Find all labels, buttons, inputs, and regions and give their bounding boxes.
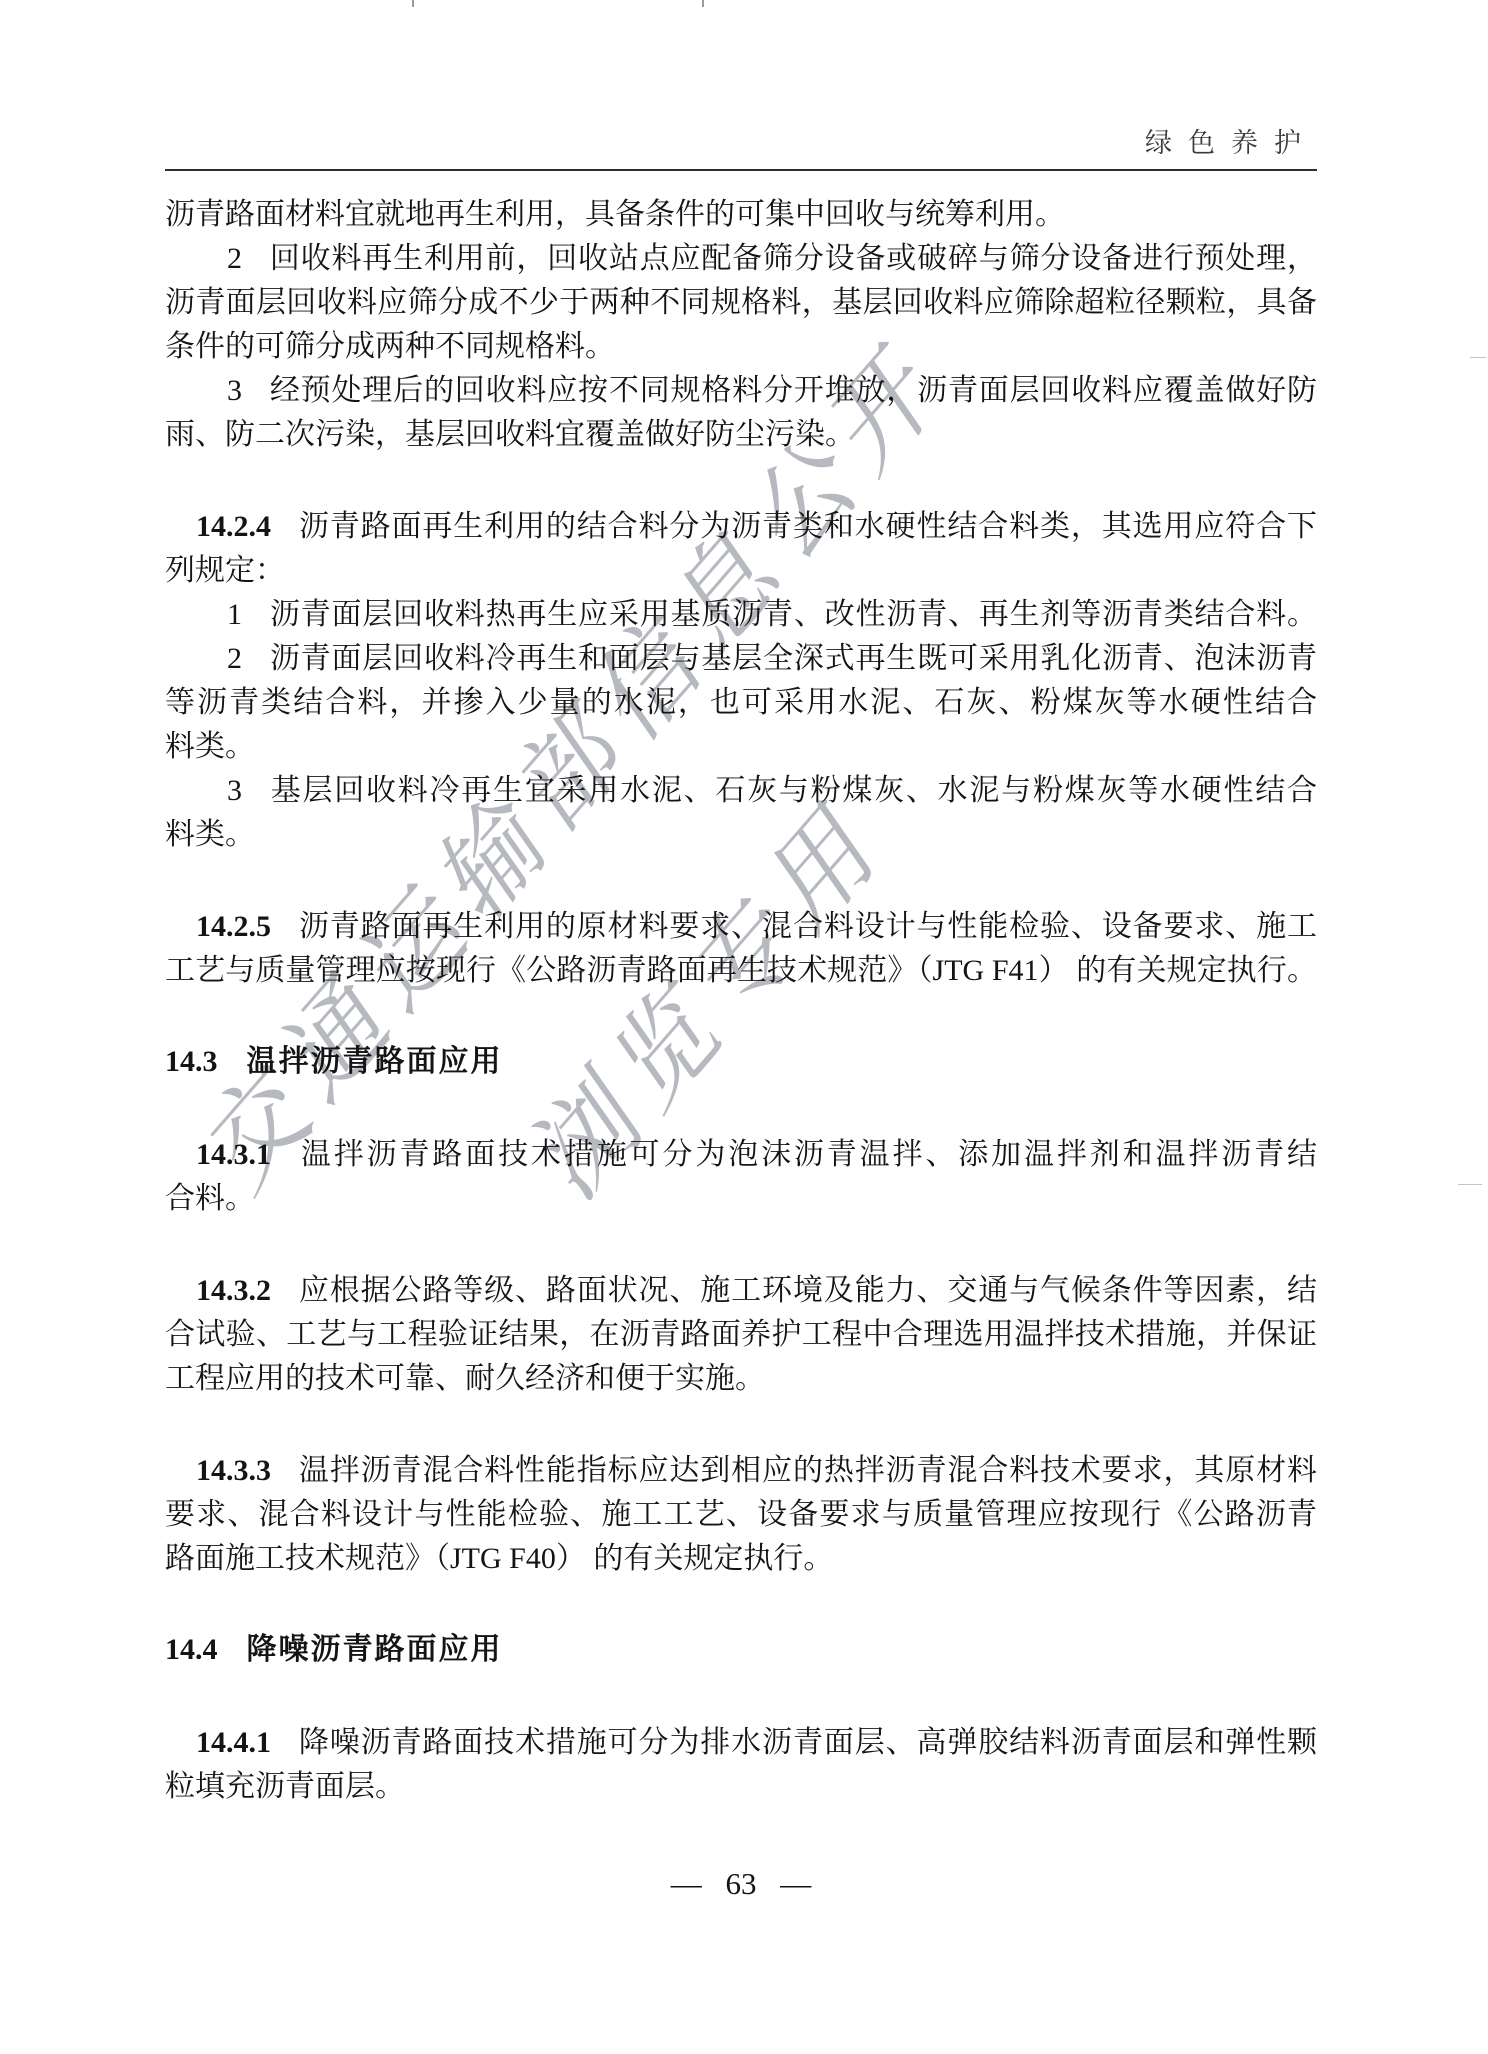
- line-text: 温拌沥青路面应用: [247, 1045, 503, 1078]
- text-line: 雨、防二次污染，基层回收料宜覆盖做好防尘污染。: [165, 413, 1317, 457]
- clause-number: 14.4: [165, 1633, 218, 1666]
- clause-number: 1: [227, 598, 242, 631]
- line-text: 等沥青类结合料，并掺入少量的水泥，也可采用水泥、石灰、粉煤灰等水硬性结合: [165, 686, 1317, 719]
- line-text: 沥青面层回收料应筛分成不少于两种不同规格料，基层回收料应筛除超粒径颗粒，具备: [165, 286, 1317, 319]
- line-text: 要求、混合料设计与性能检验、施工工艺、设备要求与质量管理应按现行《公路沥青: [165, 1498, 1317, 1531]
- line-text: 沥青路面材料宜就地再生利用，具备条件的可集中回收与统筹利用。: [165, 198, 1065, 231]
- text-line: 3经预处理后的回收料应按不同规格料分开堆放，沥青面层回收料应覆盖做好防: [165, 369, 1317, 413]
- document-page: 交通运输部信息公开 浏览专用 绿色养护 沥青路面材料宜就地再生利用，具备条件的可…: [0, 0, 1488, 2054]
- text-line: 要求、混合料设计与性能检验、施工工艺、设备要求与质量管理应按现行《公路沥青: [165, 1493, 1317, 1537]
- text-line: 等沥青类结合料，并掺入少量的水泥，也可采用水泥、石灰、粉煤灰等水硬性结合: [165, 681, 1317, 725]
- line-text: 降噪沥青路面应用: [247, 1633, 503, 1666]
- line-text: 路面施工技术规范》（JTG F40） 的有关规定执行。: [165, 1542, 833, 1575]
- line-text: 经预处理后的回收料应按不同规格料分开堆放，沥青面层回收料应覆盖做好防: [269, 374, 1317, 407]
- page-number: — 63 —: [165, 1866, 1317, 1902]
- line-text: 列规定：: [165, 554, 285, 587]
- clause-number: 14.3.2: [196, 1274, 271, 1307]
- line-text: 料类。: [165, 730, 255, 763]
- clause-number: 3: [227, 774, 242, 807]
- text-line: 1沥青面层回收料热再生应采用基质沥青、改性沥青、再生剂等沥青类结合料。: [165, 593, 1317, 637]
- text-line: 料类。: [165, 813, 1317, 857]
- line-text: 基层回收料冷再生宜采用水泥、石灰与粉煤灰、水泥与粉煤灰等水硬性结合: [269, 774, 1317, 807]
- text-line: 路面施工技术规范》（JTG F40） 的有关规定执行。: [165, 1537, 1317, 1581]
- text-line: 14.2.4沥青路面再生利用的结合料分为沥青类和水硬性结合料类，其选用应符合下: [165, 505, 1317, 549]
- line-text: 料类。: [165, 818, 255, 851]
- line-text: 工程应用的技术可靠、耐久经济和便于实施。: [165, 1362, 765, 1395]
- clause-number: 14.3.1: [196, 1138, 271, 1171]
- text-line: 14.3.1温拌沥青路面技术措施可分为泡沫沥青温拌、添加温拌剂和温拌沥青结: [165, 1133, 1317, 1177]
- text-line: 合试验、工艺与工程验证结果，在沥青路面养护工程中合理选用温拌技术措施，并保证: [165, 1313, 1317, 1357]
- clause-number: 14.4.1: [196, 1726, 271, 1759]
- line-text: 回收料再生利用前，回收站点应配备筛分设备或破碎与筛分设备进行预处理，: [269, 242, 1317, 275]
- line-text: 合料。: [165, 1182, 255, 1215]
- text-line: 料类。: [165, 725, 1317, 769]
- scan-mark: [1470, 357, 1486, 358]
- clause-number: 2: [227, 642, 242, 675]
- line-text: 沥青路面再生利用的原材料要求、混合料设计与性能检验、设备要求、施工: [298, 910, 1317, 943]
- scan-mark: [1458, 1184, 1482, 1185]
- line-text: 合试验、工艺与工程验证结果，在沥青路面养护工程中合理选用温拌技术措施，并保证: [165, 1318, 1317, 1351]
- clause-number: 14.3.3: [196, 1454, 271, 1487]
- page-header-title: 绿色养护: [1145, 128, 1317, 158]
- line-text: 粒填充沥青面层。: [165, 1770, 405, 1803]
- clause-number: 2: [227, 242, 242, 275]
- section-heading: 14.3温拌沥青路面应用: [165, 1039, 1317, 1085]
- text-line: 14.2.5沥青路面再生利用的原材料要求、混合料设计与性能检验、设备要求、施工: [165, 905, 1317, 949]
- clause-number: 14.2.5: [196, 910, 271, 943]
- text-line: 条件的可筛分成两种不同规格料。: [165, 325, 1317, 369]
- text-line: 沥青面层回收料应筛分成不少于两种不同规格料，基层回收料应筛除超粒径颗粒，具备: [165, 281, 1317, 325]
- line-text: 沥青面层回收料冷再生和面层与基层全深式再生既可采用乳化沥青、泡沫沥青: [269, 642, 1317, 675]
- text-line: 列规定：: [165, 549, 1317, 593]
- text-line: 工程应用的技术可靠、耐久经济和便于实施。: [165, 1357, 1317, 1401]
- text-line: 14.3.3温拌沥青混合料性能指标应达到相应的热拌沥青混合料技术要求，其原材料: [165, 1449, 1317, 1493]
- text-line: 合料。: [165, 1177, 1317, 1221]
- line-text: 降噪沥青路面技术措施可分为排水沥青面层、高弹胶结料沥青面层和弹性颗: [298, 1726, 1317, 1759]
- text-line: 3基层回收料冷再生宜采用水泥、石灰与粉煤灰、水泥与粉煤灰等水硬性结合: [165, 769, 1317, 813]
- text-line: 粒填充沥青面层。: [165, 1765, 1317, 1809]
- line-text: 温拌沥青路面技术措施可分为泡沫沥青温拌、添加温拌剂和温拌沥青结: [298, 1138, 1317, 1171]
- text-line: 2回收料再生利用前，回收站点应配备筛分设备或破碎与筛分设备进行预处理，: [165, 237, 1317, 281]
- text-line: 2沥青面层回收料冷再生和面层与基层全深式再生既可采用乳化沥青、泡沫沥青: [165, 637, 1317, 681]
- line-text: 条件的可筛分成两种不同规格料。: [165, 330, 615, 363]
- clause-number: 3: [227, 374, 242, 407]
- scan-mark: [702, 0, 704, 7]
- clause-number: 14.2.4: [196, 510, 271, 543]
- line-text: 应根据公路等级、路面状况、施工环境及能力、交通与气候条件等因素，结: [298, 1274, 1317, 1307]
- line-text: 雨、防二次污染，基层回收料宜覆盖做好防尘污染。: [165, 418, 855, 451]
- clause-number: 14.3: [165, 1045, 218, 1078]
- header-rule: [165, 169, 1317, 171]
- text-line: 工艺与质量管理应按现行《公路沥青路面再生技术规范》（JTG F41） 的有关规定…: [165, 949, 1317, 993]
- body-text-column: 沥青路面材料宜就地再生利用，具备条件的可集中回收与统筹利用。2回收料再生利用前，…: [165, 193, 1317, 1809]
- section-heading: 14.4降噪沥青路面应用: [165, 1627, 1317, 1673]
- line-text: 沥青路面再生利用的结合料分为沥青类和水硬性结合料类，其选用应符合下: [298, 510, 1317, 543]
- line-text: 工艺与质量管理应按现行《公路沥青路面再生技术规范》（JTG F41） 的有关规定…: [165, 954, 1317, 987]
- text-line: 14.3.2应根据公路等级、路面状况、施工环境及能力、交通与气候条件等因素，结: [165, 1269, 1317, 1313]
- line-text: 沥青面层回收料热再生应采用基质沥青、改性沥青、再生剂等沥青类结合料。: [269, 598, 1317, 631]
- text-line: 14.4.1降噪沥青路面技术措施可分为排水沥青面层、高弹胶结料沥青面层和弹性颗: [165, 1721, 1317, 1765]
- text-line: 沥青路面材料宜就地再生利用，具备条件的可集中回收与统筹利用。: [165, 193, 1317, 237]
- line-text: 温拌沥青混合料性能指标应达到相应的热拌沥青混合料技术要求，其原材料: [298, 1454, 1317, 1487]
- scan-mark: [412, 0, 414, 7]
